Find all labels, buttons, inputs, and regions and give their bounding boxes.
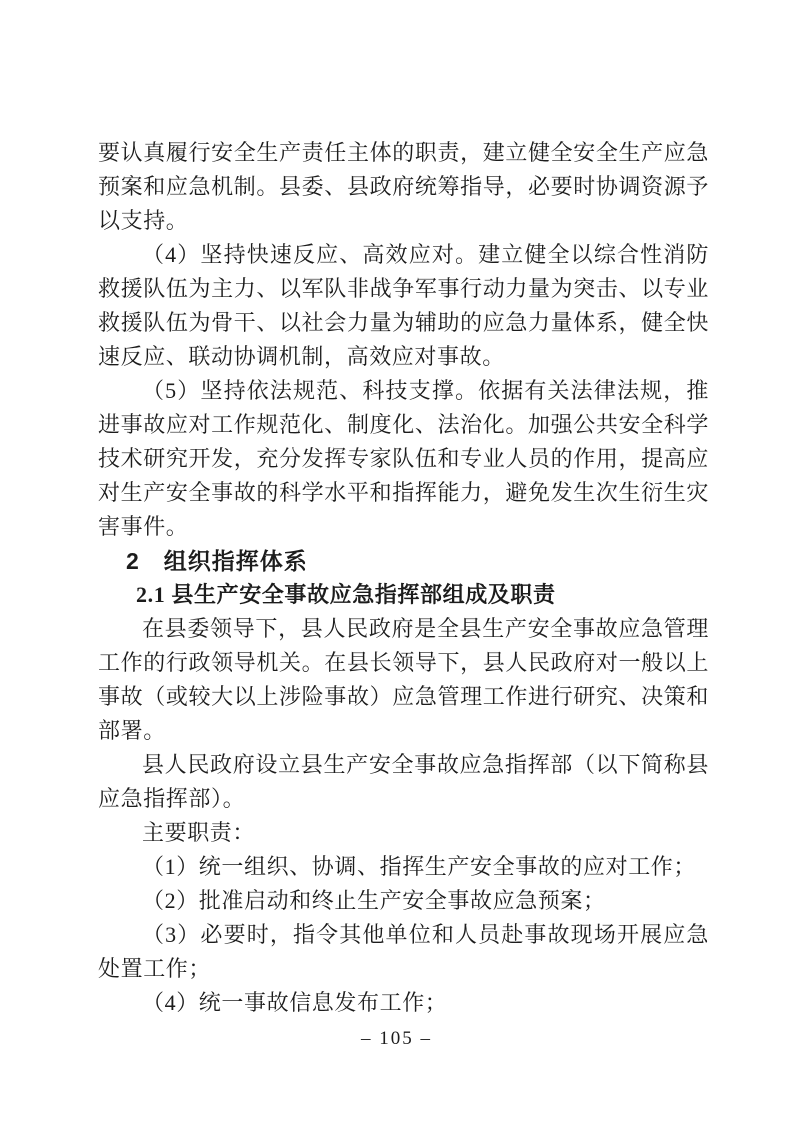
list-item-duty-3: （3）必要时，指令其他单位和人员赴事故现场开展应急处置工作； [98, 918, 709, 986]
section-heading-command-system: 2 组织指挥体系 [98, 544, 709, 578]
list-item-duty-1: （1）统一组织、协调、指挥生产安全事故的应对工作； [98, 850, 709, 884]
page-number: – 105 – [0, 1026, 793, 1052]
paragraph-main-duties-label: 主要职责： [98, 816, 709, 850]
document-page: 要认真履行安全生产责任主体的职责，建立健全安全生产应急预案和应急机制。县委、县政… [0, 0, 793, 1122]
list-item-duty-2: （2）批准启动和终止生产安全事故应急预案； [98, 884, 709, 918]
list-item-duty-4: （4）统一事故信息发布工作； [98, 986, 709, 1020]
paragraph-hq-establishment: 县人民政府设立县生产安全事故应急指挥部（以下简称县应急指挥部）。 [98, 748, 709, 816]
document-body: 要认真履行安全生产责任主体的职责，建立健全安全生产应急预案和应急机制。县委、县政… [98, 136, 709, 1020]
paragraph-continuation: 要认真履行安全生产责任主体的职责，建立健全安全生产应急预案和应急机制。县委、县政… [98, 136, 709, 238]
subsection-heading-hq-composition: 2.1 县生产安全事故应急指挥部组成及职责 [98, 578, 709, 612]
paragraph-principle-4: （4）坚持快速反应、高效应对。建立健全以综合性消防救援队伍为主力、以军队非战争军… [98, 238, 709, 374]
paragraph-principle-5: （5）坚持依法规范、科技支撑。依据有关法律法规，推进事故应对工作规范化、制度化、… [98, 374, 709, 544]
paragraph-county-leadership: 在县委领导下，县人民政府是全县生产安全事故应急管理工作的行政领导机关。在县长领导… [98, 612, 709, 748]
